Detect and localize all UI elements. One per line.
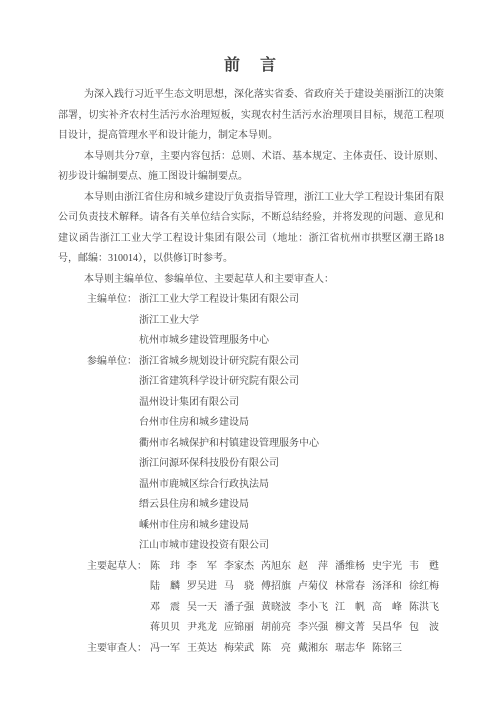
drafter-name: 李小飞 bbox=[298, 598, 328, 619]
name-row: 陈 玮 李 军 李家杰 芮旭东 赵 萍 潘维杨 bbox=[150, 557, 444, 578]
drafter-name: 李 军 bbox=[187, 557, 217, 578]
document-content: 前 言 为深入践行习近平生态文明思想，深化落实省委、省政府关于建设美丽浙江的决策… bbox=[0, 0, 500, 659]
reviewer-name: 陈铭三 bbox=[372, 639, 402, 660]
drafters-section: 主要起草人： 陈 玮 李 军 李家杰 芮旭 bbox=[58, 557, 444, 639]
drafter-name: 应锦丽 bbox=[224, 618, 254, 639]
drafter-name: 林常春 bbox=[335, 577, 365, 598]
drafter-name: 马 骁 bbox=[224, 577, 254, 598]
drafter-name: 吴昌华 bbox=[372, 618, 402, 639]
unit-name: 浙江省建筑科学设计研究院有限公司 bbox=[139, 372, 444, 393]
drafter-name: 柳文菁 bbox=[335, 618, 365, 639]
reviewer-name: 梅荣武 bbox=[224, 639, 254, 660]
reviewers-section: 主要审查人： 冯一军 王英达 梅荣武 陈 bbox=[58, 639, 444, 660]
drafter-name: 傅招旗 bbox=[261, 577, 291, 598]
drafter-name: 徐红梅 bbox=[409, 577, 439, 598]
drafter-name: 李家杰 bbox=[224, 557, 254, 578]
unit-name: 浙江省城乡规划设计研究院有限公司 bbox=[139, 352, 444, 373]
drafter-name: 江 帆 bbox=[335, 598, 365, 619]
unit-name: 浙江工业大学 bbox=[139, 311, 444, 332]
drafter-name: 陆 麟 bbox=[150, 577, 180, 598]
drafter-name: 胡前亮 bbox=[261, 618, 291, 639]
body-paragraph: 本导则由浙江省住房和城乡建设厅负责指导管理，浙江工业大学工程设计集团有限公司负责… bbox=[58, 188, 444, 270]
chief-editor-unit-list: 浙江工业大学工程设计集团有限公司 浙江工业大学 杭州市城乡建设管理服务中心 bbox=[139, 290, 444, 352]
drafter-name: 陈洪飞 bbox=[409, 598, 439, 619]
unit-name: 浙江工业大学工程设计集团有限公司 bbox=[139, 290, 444, 311]
body-paragraph: 本导则主编单位、参编单位、主要起草人和主要审查人： bbox=[58, 270, 444, 291]
body-paragraph: 本导则共分7章，主要内容包括：总则、术语、基本规定、主体责任、设计原则、初步设计… bbox=[58, 147, 444, 188]
drafter-name: 赵 萍 bbox=[298, 557, 328, 578]
name-row: 蒋贝贝 尹兆龙 应锦丽 胡前亮 李兴强 柳文菁 bbox=[150, 618, 444, 639]
drafter-name: 潘维杨 bbox=[335, 557, 365, 578]
drafter-name: 尹兆龙 bbox=[187, 618, 217, 639]
name-row: 冯一军 王英达 梅荣武 陈 亮 戴湘东 琚志华 bbox=[150, 639, 444, 660]
unit-name: 江山市城市建设投资有限公司 bbox=[139, 536, 444, 557]
chief-editor-section: 主编单位： 浙江工业大学工程设计集团有限公司 浙江工业大学 杭州市城乡建设管理服… bbox=[58, 290, 444, 352]
unit-name: 浙江问源环保科技股份有限公司 bbox=[139, 454, 444, 475]
unit-name: 温州市鹿城区综合行政执法局 bbox=[139, 475, 444, 496]
unit-name: 嵊州市住房和城乡建设局 bbox=[139, 516, 444, 537]
unit-name: 温州设计集团有限公司 bbox=[139, 393, 444, 414]
co-editor-unit-list: 浙江省城乡规划设计研究院有限公司 浙江省建筑科学设计研究院有限公司 温州设计集团… bbox=[139, 352, 444, 557]
reviewer-row-list: 冯一军 王英达 梅荣武 陈 亮 戴湘东 琚志华 bbox=[150, 639, 444, 660]
paragraph-list: 为深入践行习近平生态文明思想，深化落实省委、省政府关于建设美丽浙江的决策部署，切… bbox=[58, 85, 444, 290]
drafter-name: 卢菊仪 bbox=[298, 577, 328, 598]
co-editor-label: 参编单位： bbox=[87, 352, 137, 373]
body-text: 为深入践行习近平生态文明思想，深化落实省委、省政府关于建设美丽浙江的决策部署，切… bbox=[58, 85, 444, 659]
drafter-name: 韦 甦 bbox=[409, 557, 439, 578]
drafter-name: 芮旭东 bbox=[261, 557, 291, 578]
unit-name: 衢州市名城保护和村镇建设管理服务中心 bbox=[139, 434, 444, 455]
drafter-name: 陈 玮 bbox=[150, 557, 180, 578]
unit-name: 杭州市城乡建设管理服务中心 bbox=[139, 331, 444, 352]
drafter-name: 史宇光 bbox=[372, 557, 402, 578]
reviewer-name: 冯一军 bbox=[150, 639, 180, 660]
drafter-name: 汤泽和 bbox=[372, 577, 402, 598]
name-row: 邓 震 吴一天 潘子强 黄晓波 李小飞 江 帆 bbox=[150, 598, 444, 619]
reviewer-name: 陈 亮 bbox=[261, 639, 291, 660]
reviewer-name: 戴湘东 bbox=[298, 639, 328, 660]
reviewer-name: 王英达 bbox=[187, 639, 217, 660]
drafter-name: 包 波 bbox=[409, 618, 439, 639]
drafter-name: 潘子强 bbox=[224, 598, 254, 619]
drafter-name: 李兴强 bbox=[298, 618, 328, 639]
drafter-name: 罗吴进 bbox=[187, 577, 217, 598]
drafter-name: 蒋贝贝 bbox=[150, 618, 180, 639]
co-editor-section: 参编单位： 浙江省城乡规划设计研究院有限公司 浙江省建筑科学设计研究院有限公司 … bbox=[58, 352, 444, 557]
reviewers-label: 主要审查人： bbox=[87, 639, 147, 660]
unit-name: 缙云县住房和城乡建设局 bbox=[139, 495, 444, 516]
reviewer-name: 琚志华 bbox=[335, 639, 365, 660]
drafters-label: 主要起草人： bbox=[87, 557, 147, 578]
body-paragraph: 为深入践行习近平生态文明思想，深化落实省委、省政府关于建设美丽浙江的决策部署，切… bbox=[58, 85, 444, 147]
page-title: 前 言 bbox=[58, 54, 444, 78]
drafter-row-list: 陈 玮 李 军 李家杰 芮旭东 赵 萍 潘维杨 bbox=[150, 557, 444, 639]
drafter-name: 邓 震 bbox=[150, 598, 180, 619]
document-page: 前 言 为深入践行习近平生态文明思想，深化落实省委、省政府关于建设美丽浙江的决策… bbox=[0, 0, 500, 708]
drafter-name: 吴一天 bbox=[187, 598, 217, 619]
name-row: 陆 麟 罗吴进 马 骁 傅招旗 卢菊仪 林常春 bbox=[150, 577, 444, 598]
drafter-name: 高 峰 bbox=[372, 598, 402, 619]
chief-editor-label: 主编单位： bbox=[87, 290, 137, 311]
unit-name: 台州市住房和城乡建设局 bbox=[139, 413, 444, 434]
drafter-name: 黄晓波 bbox=[261, 598, 291, 619]
